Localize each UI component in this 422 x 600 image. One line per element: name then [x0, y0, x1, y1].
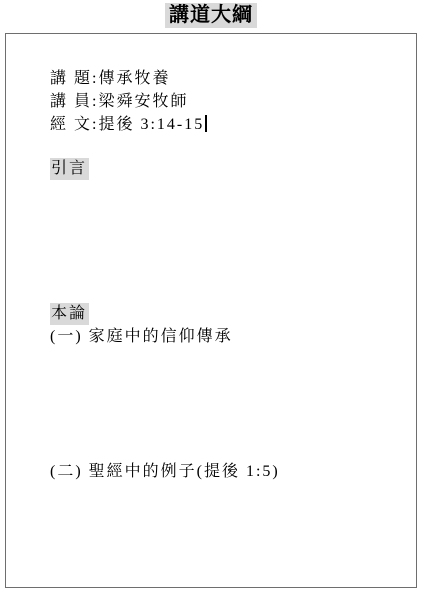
- text-cursor: [205, 115, 207, 132]
- point-one-text: (一) 家庭中的信仰傳承: [50, 328, 233, 345]
- outline-point-one[interactable]: (一) 家庭中的信仰傳承: [14, 302, 410, 371]
- point-two-text: (二) 聖經中的例子(提後 1:5): [50, 463, 280, 480]
- document-page: 講道大綱 講 題:傳承牧養 講 員:梁舜安牧師 經 文:提後 3:14-15 引…: [0, 0, 422, 600]
- intro-heading-text: 引言: [50, 158, 89, 180]
- intro-section-heading[interactable]: 引言: [14, 134, 410, 203]
- outline-point-two[interactable]: (二) 聖經中的例子(提後 1:5): [14, 437, 410, 506]
- document-title: 講道大綱: [0, 2, 422, 28]
- document-title-text[interactable]: 講道大綱: [165, 3, 257, 28]
- scripture-line-text: 經 文:提後 3:14-15: [50, 116, 204, 133]
- outline-text-frame[interactable]: 講 題:傳承牧養 講 員:梁舜安牧師 經 文:提後 3:14-15 引言 本論 …: [5, 33, 417, 588]
